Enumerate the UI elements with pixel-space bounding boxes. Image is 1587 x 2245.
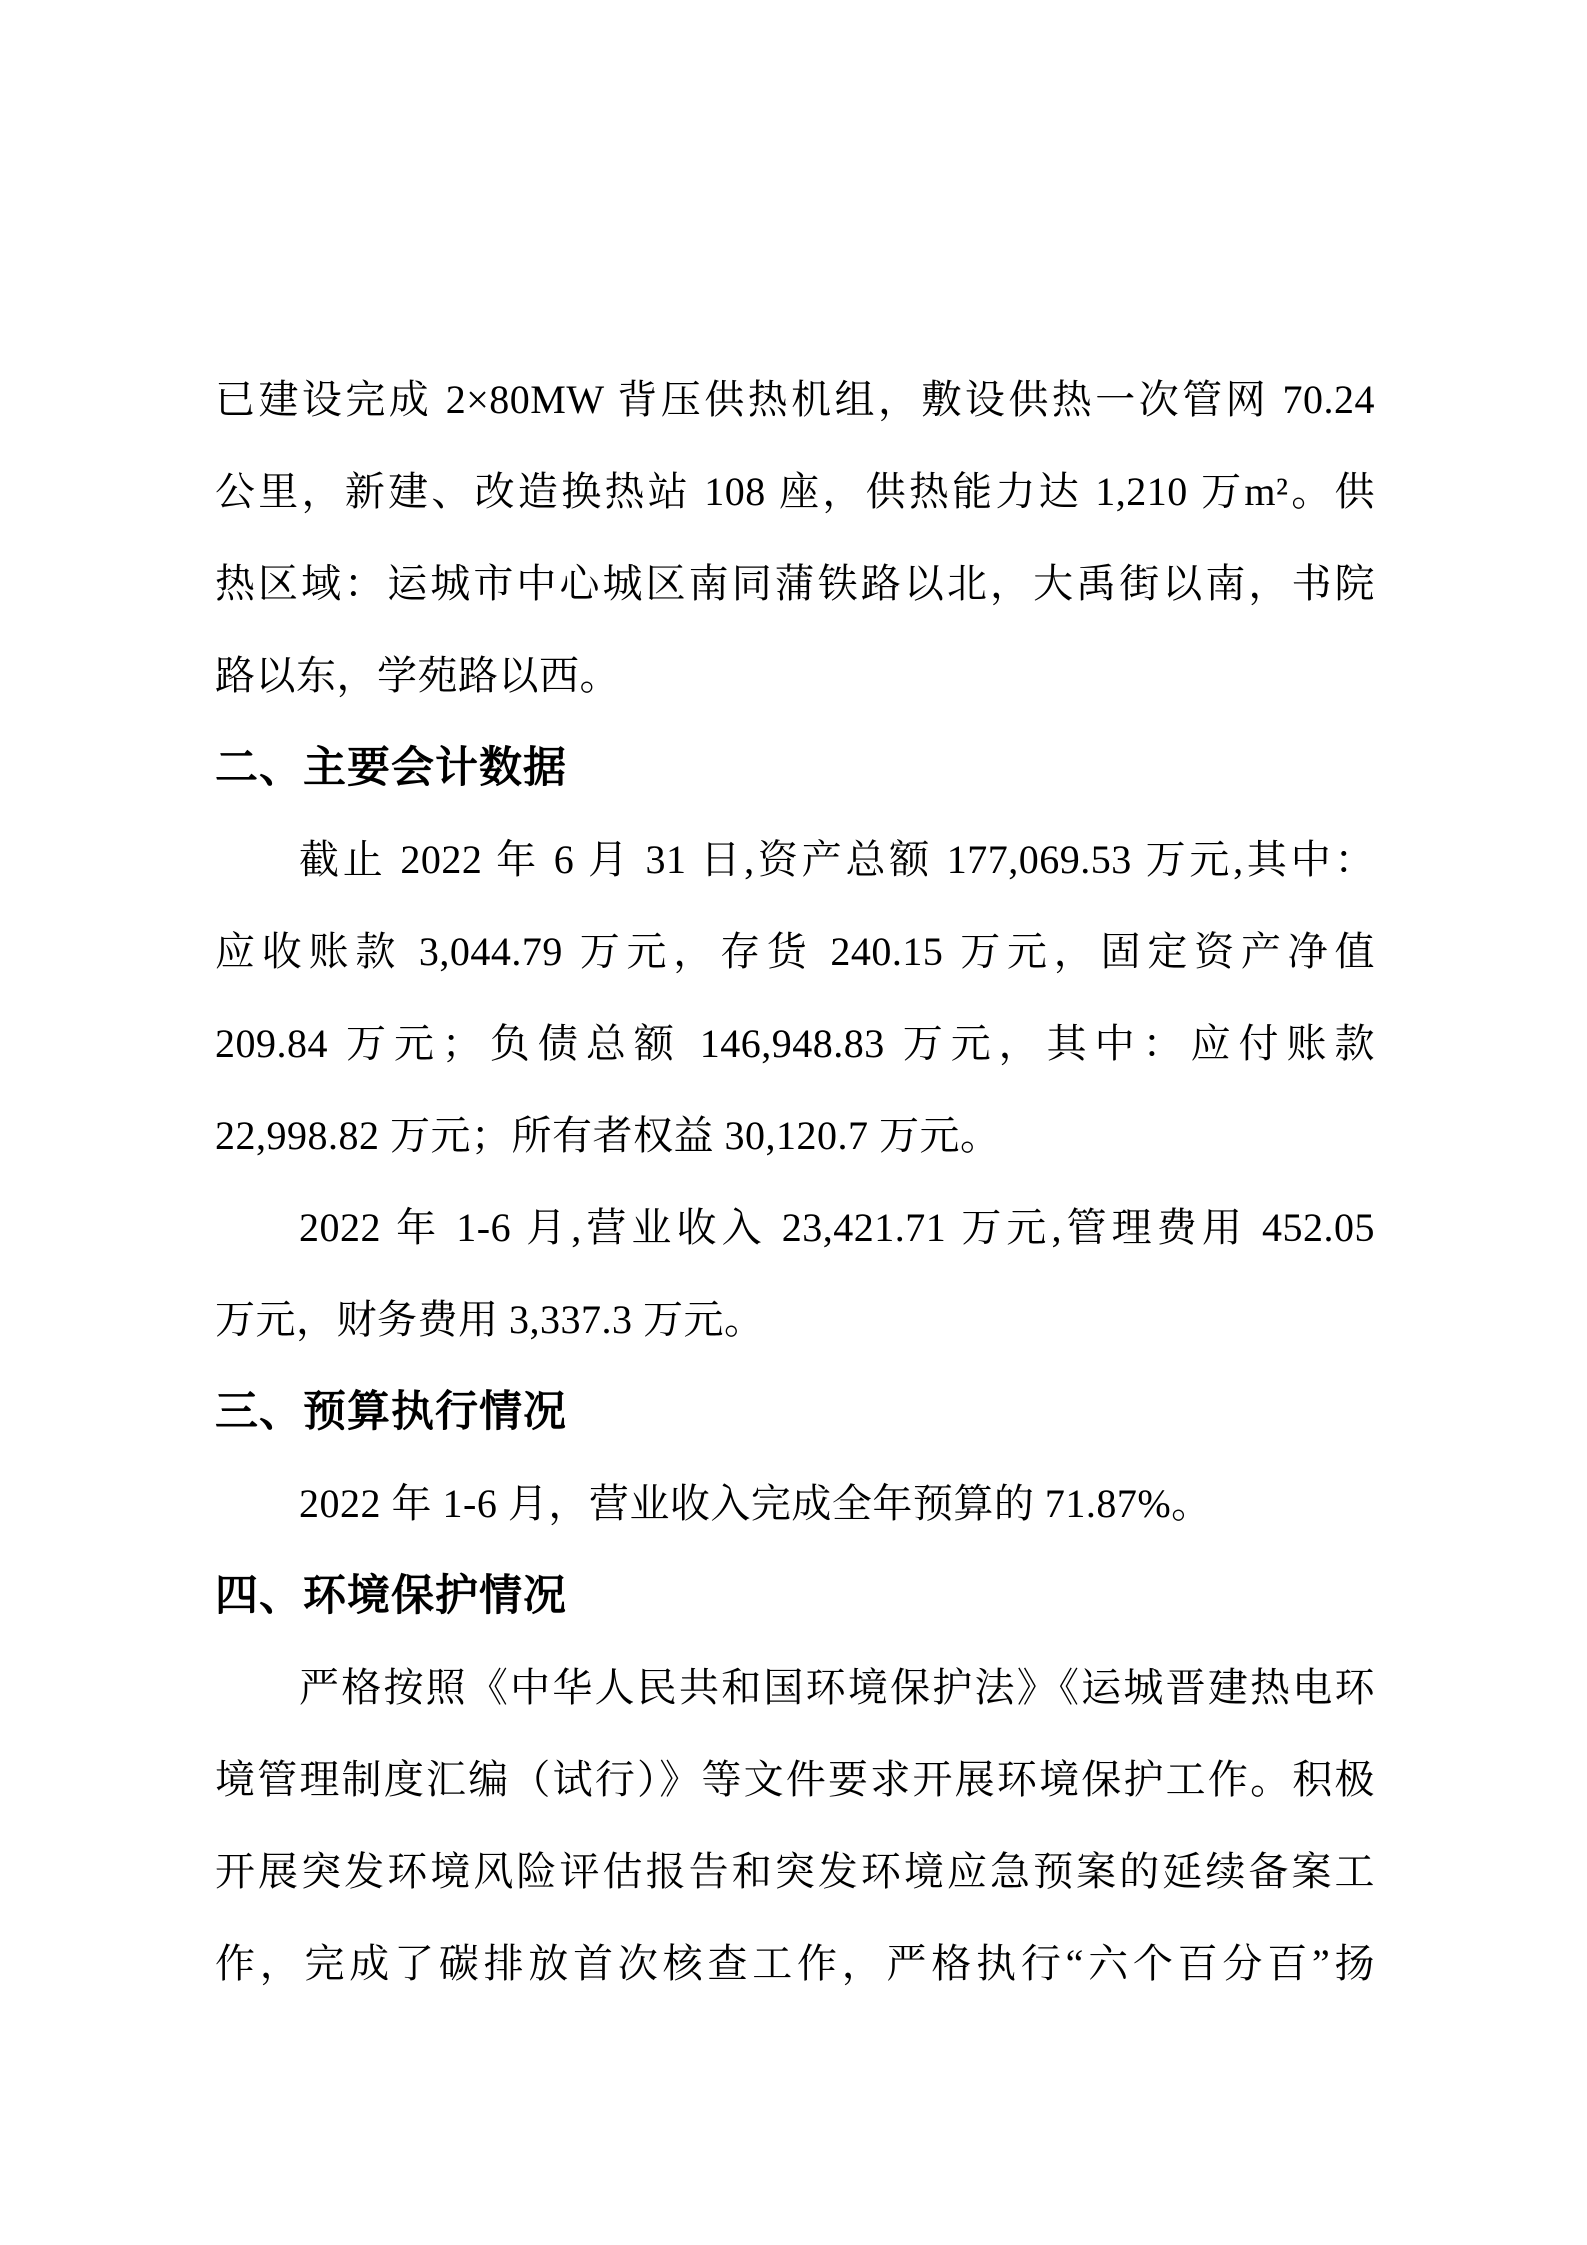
body-line: 严格按照《中华人民共和国环境保护法》《运城晋建热电环 [215,1642,1375,1734]
body-line: 境管理制度汇编（试行）》等文件要求开展环境保护工作。积极 [215,1734,1375,1826]
body-line: 22,998.82 万元；所有者权益 30,120.7 万元。 [215,1090,1375,1182]
body-line: 2022 年 1-6 月,营业收入 23,421.71 万元,管理费用 452.… [215,1182,1375,1274]
body-line: 热区域：运城市中心城区南同蒲铁路以北，大禹街以南，书院 [215,538,1375,630]
body-line: 万元，财务费用 3,337.3 万元。 [215,1274,1375,1366]
body-line: 路以东，学苑路以西。 [215,630,1375,722]
body-line: 应收账款 3,044.79 万元，存货 240.15 万元，固定资产净值 [215,906,1375,998]
body-line: 2022 年 1-6 月，营业收入完成全年预算的 71.87%。 [215,1458,1375,1550]
body-line: 已建设完成 2×80MW 背压供热机组，敷设供热一次管网 70.24 [215,354,1375,446]
body-line: 开展突发环境风险评估报告和突发环境应急预案的延续备案工 [215,1826,1375,1918]
body-line: 209.84 万元；负债总额 146,948.83 万元，其中：应付账款 [215,998,1375,1090]
section-heading: 三、预算执行情况 [215,1366,1375,1458]
text-block: 已建设完成 2×80MW 背压供热机组，敷设供热一次管网 70.24 公里，新建… [215,354,1375,2010]
body-line: 公里，新建、改造换热站 108 座，供热能力达 1,210 万m²。供 [215,446,1375,538]
body-line: 截止 2022 年 6 月 31 日,资产总额 177,069.53 万元,其中… [215,814,1375,906]
section-heading: 四、环境保护情况 [215,1550,1375,1642]
section-heading: 二、主要会计数据 [215,722,1375,814]
document-page: 已建设完成 2×80MW 背压供热机组，敷设供热一次管网 70.24 公里，新建… [0,0,1587,2245]
body-line: 作，完成了碳排放首次核查工作，严格执行“六个百分百”扬 [215,1918,1375,2010]
